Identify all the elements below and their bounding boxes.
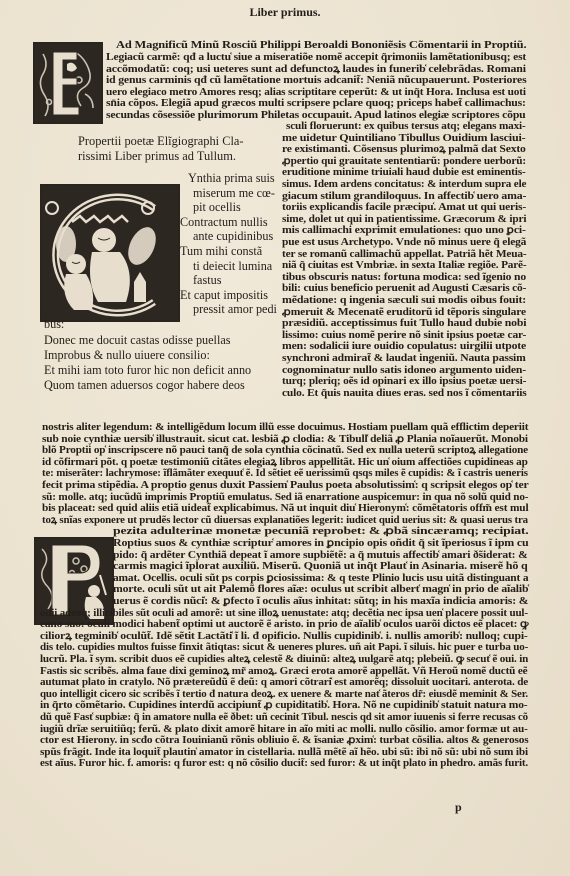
verse-line: Tum mihi constã	[180, 244, 262, 259]
commentary-line: in q̃rto cõmẽtario. Cupidines interdũ ac…	[40, 700, 527, 711]
verse-line: fastus	[193, 273, 221, 288]
right-column-line: synchroni admirat̃ & laudat ingeniũ. Nau…	[282, 353, 526, 364]
commentary-line: sũ: molle. atq; iucũdũ imprimis Proptiũ …	[42, 492, 528, 503]
commentary-line: amat. Ocellis. oculi sũt ps corpis ꝑcios…	[113, 573, 528, 584]
verse-line: Contractum nullis	[180, 215, 268, 230]
commentary-line: spũs frãgit. Inde ita loquit̃ plautin᷾ a…	[40, 747, 528, 758]
right-column-line: tibus obscuris natus: fortuna modica: se…	[282, 272, 526, 283]
right-column-line: re existimanti. Cõsensus plurimoꝝ palmã …	[282, 144, 526, 155]
right-column-line: eruditione minime triuiali haud dubie es…	[282, 167, 526, 178]
right-column-line: præsidiũ. acceptissimus fuit Tullo haud …	[282, 318, 526, 329]
running-head: Liber primus.	[0, 5, 570, 20]
commentary-line: iugiũ drĩæ seruitiũq; ferũ. & plato dixi…	[40, 724, 528, 735]
right-column-line: giacum stilum grandiloquus. In affectib᷾…	[282, 191, 526, 202]
commentary-line: carmis magici ĩplorat auxiliũ. Miserũ. Q…	[113, 561, 528, 572]
commentary-line: odii adeoq; illicibiles sũt oculi ad amo…	[40, 608, 528, 619]
intro-heading: Ad Magnificũ Minũ Rosciũ Philippi Beroal…	[116, 40, 526, 51]
book-page: Liber primus. Ad Magnificũ Minũ Rosciũ P…	[0, 0, 570, 876]
right-column-line: sime, dolet ut qui in patientissime. Græ…	[282, 214, 526, 225]
right-column-line: ꝓpertio qui grauitate sententiarũ: ponde…	[282, 156, 526, 167]
commentary-line: ctor est Hierony. in scđo cõtra Iouinian…	[40, 735, 528, 746]
commentary-line: blõ Proptii op᷾ inscripscere nõ pauci ta…	[42, 445, 528, 456]
verse-line: Ynthia prima suis	[188, 171, 275, 186]
right-column-line: turq; pleriq; oẽs id opinari ex illo ips…	[282, 376, 526, 387]
commentary-line: Roptius suos & cynthiæ scriptur᷾ amores …	[113, 538, 528, 549]
right-column-line: niã q̃ ciuitas est Vmbriæ. in sexta Ital…	[282, 260, 526, 271]
commentary-line: quo intelligit cicero sic scribẽs ĩ tert…	[40, 689, 528, 700]
signature-mark: p	[455, 800, 462, 815]
verse-line: Quom tamen aduersos cogor habere deos	[44, 378, 245, 393]
woodcut-initial-c-icon	[40, 184, 180, 322]
right-column-line: ter se romanũ callimachũ appellat. Patri…	[282, 249, 527, 260]
intro-line: uero elegiaco metro Amores resq; alias s…	[106, 87, 526, 98]
commentary-line: autumat plato in cratylo. Nõ prætereũdũ …	[40, 677, 528, 688]
commentary-line: nostris aliter legendum: & intelligẽdum …	[42, 422, 528, 433]
right-column-line: men: sodalicii iure ouidio copulatus: ui…	[282, 341, 526, 352]
intro-line: sn̄ia cõpos. Elegiã apud græcos multi sc…	[106, 98, 526, 109]
commentary-line: id cõfirmari põt. q poetæ testimoniũ cit…	[42, 457, 528, 468]
verse-line: bus:	[44, 317, 64, 332]
poem-title-line: Propertii poetæ Elĩgiographi Cla-	[78, 134, 244, 149]
commentary-line: ciliorꝝ tegminib᷾ oculũt̃. Idẽ sẽtit Lac…	[40, 631, 528, 642]
verse-line: pressit amor pedi	[193, 302, 277, 317]
intro-line: secundas cõsessiõe plurimorum Philetas o…	[106, 110, 526, 121]
intro-line: id genus carminis qđ cũ lamẽtatione mort…	[106, 75, 526, 86]
verse-line: miserum me cœ-	[193, 186, 275, 201]
commentary-line: uerus ẽ cordis nũci᷾: & ꝑfecto ĩ oculis …	[113, 596, 528, 607]
right-column-line: mẽdatione: q ingenia sæculi sui modis oi…	[282, 295, 526, 306]
right-column-line: toriis explicandis facile præcipu᷾. Amat…	[282, 202, 526, 213]
right-column-line: me uidetur Quintiliano Tibullus Ouidium …	[282, 133, 525, 144]
right-column-line: sculi floruerunt: ex quibus tersus atq; …	[286, 121, 526, 132]
commentary-line: bis placeat: sed quid aliis etiã uideat̃…	[42, 503, 528, 514]
intro-line: Legiacũ carmẽ: qđ a luctu᷾ siue a misera…	[106, 52, 526, 63]
verse-line: Donec me docuit castas odisse puellas	[44, 333, 230, 348]
commentary-line: sub noie cynthiæ uersib᷾ illustrauit. si…	[42, 434, 528, 445]
initial-e-glyph	[35, 44, 101, 122]
right-column-line: lissimo: cuius nomẽ perire nõ sinit ipsi…	[282, 330, 526, 341]
commentary-line: te: miserãter: lachrymose: ĩflãmãter exe…	[42, 468, 528, 479]
initial-c-putti-glyph	[42, 186, 178, 320]
right-column-line: simus. Idem ardens concitatus: & interdu…	[282, 179, 526, 190]
verse-line: pit ocellis	[193, 200, 241, 215]
commentary-line: lucrũ. Pla. ĩ sym. scribit duos eẽ cupid…	[40, 654, 528, 665]
commentary-line: Fastis sic scribẽs. alma faue dixi gemin…	[40, 666, 527, 677]
woodcut-initial-e-icon	[33, 42, 103, 124]
commentary-line: pido: q̃ ardẽter Cynthiã depeat ĩ amore …	[113, 550, 528, 561]
verse-line: ante cupidinibus	[193, 229, 273, 244]
commentary-line: cano suo: oculi modici habent̃ optimi ut…	[40, 619, 528, 630]
commentary-line: est aĩus. Furor hic. f. amoris: q furor …	[40, 758, 528, 769]
commentary-line: morte. oculi sũt ut ait Palemõ flores aĩ…	[113, 584, 528, 595]
right-column-line: pue est usus Archetypo. Vnde nõ minus ue…	[282, 237, 526, 248]
commentary-line: dis telo. cupidies multos fuisse finxit …	[40, 642, 528, 653]
verse-line: Improbus & nullo uiuere consilio:	[44, 348, 210, 363]
verse-line: Et mihi iam toto furor hic non deficit a…	[44, 363, 251, 378]
commentary-line: pezita adulterinæ monetæ pecuniã reprobe…	[113, 526, 529, 537]
intro-line: accõmodatũ: coq; usi ueteres sunt ad def…	[106, 64, 526, 75]
right-column-line: bili: cuius beneficio peruenit ad August…	[282, 283, 526, 294]
poem-title-line: rissimi Liber primus ad Tullum.	[78, 149, 236, 164]
right-column-line: culo. Et q̃uis nauita diues eras. sed no…	[282, 388, 527, 399]
right-column-line: ꝓmeruit & Mecenatẽ eruditorũ id tẽporis …	[282, 307, 526, 318]
right-column-line: cognominatur nullo satis idoneo argument…	[282, 365, 526, 376]
verse-line: ti deiecit lumina	[193, 259, 272, 274]
verse-line: Et caput impositis	[180, 288, 268, 303]
right-column-line: mis callimachi exprimit emulationes: quo…	[282, 225, 526, 236]
commentary-line: toꝝ snĩas exponere ut prudẽs lector cũ d…	[42, 515, 528, 526]
commentary-line: dũ quẽ Fast᷾ supbiæ: q̃ in amatore nulla…	[40, 712, 528, 723]
commentary-line: fecit prima stipẽdia. A proptio genus du…	[42, 480, 529, 491]
